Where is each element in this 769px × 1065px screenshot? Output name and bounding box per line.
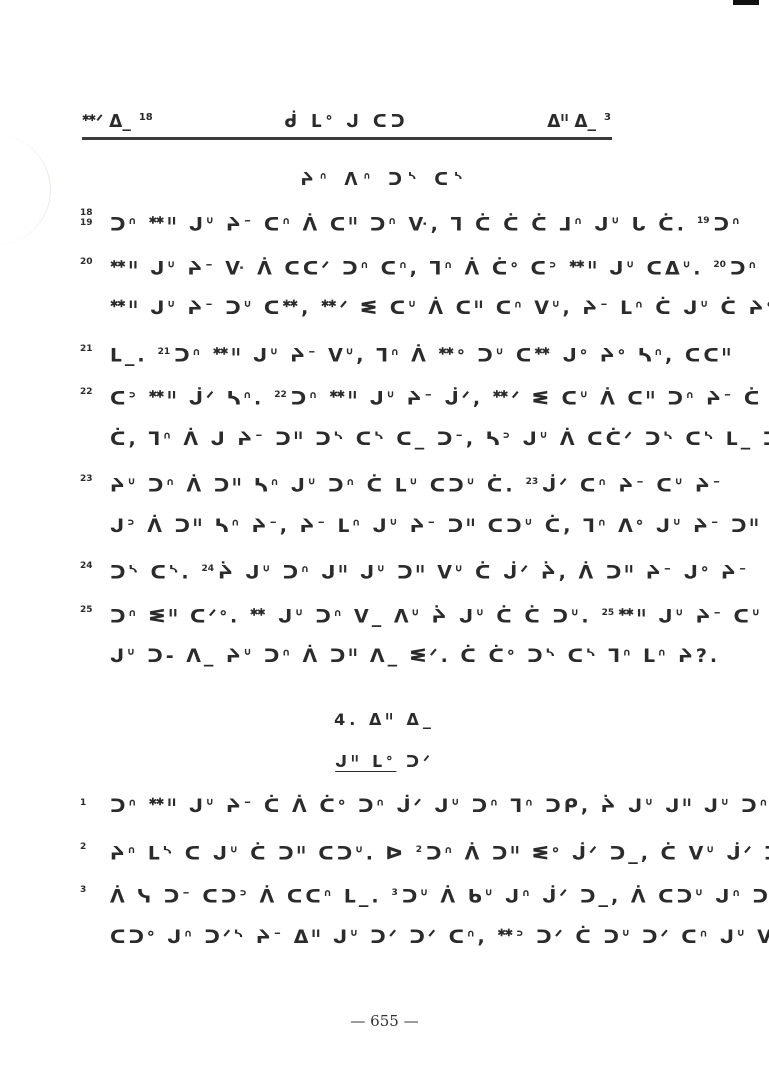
scan-corner-mark <box>733 0 759 5</box>
verse-number: 25 <box>80 606 93 615</box>
inline-verse-number: 19 <box>697 216 710 226</box>
verse-number: 1 <box>80 799 86 808</box>
line-text: ᑕᑐᐤ ᒍᐢ ᑐᐟᔅ ᔨᐨ ᐃᐦ ᒍᐡ ᑐᐟ ᑐᐟ ᑕᐢ, ᕯᐣ ᑐᐟ ᑖ ᑐᐡ… <box>110 926 769 948</box>
text-line: 3ᐲ ᓭ ᑐᐨ ᑕᑐᐣ ᐲ ᑕᑕᐢ ᒪ_.3ᑐᐡ ᐲ ᑲᐡ ᒍᐢ ᒎᐟ ᑐ_, … <box>80 872 620 916</box>
inline-verse-number: 25 <box>602 608 615 618</box>
inline-verse-number: 20 <box>713 260 726 270</box>
line-text-tail: ᒎᐟ ᑕᐢ ᔨᐨ ᑕᐡ ᔨᐨ <box>542 474 723 496</box>
subtitle-rest: ᑐᐟ <box>406 752 434 771</box>
chapter-number: 4. <box>334 710 359 729</box>
text-line: 23ᔨᐡ ᑐᐢ ᐲ ᑐᐦ ᓴᐢ ᒍᐡ ᑐᐢ ᑖ ᒪᐡ ᑕᑐᐡ ᑖ.23ᒎᐟ ᑕᐢ… <box>80 461 620 505</box>
inline-verse-number: 21 <box>158 347 171 357</box>
line-text: ᕯᐦ ᒍᐡ ᔨᐨ ᐻ ᐲ ᑕᑕᐟ ᑐᐢ ᑕᐢ, ᒣᐢ ᐲ ᑖᐤ ᑕᐣ ᕯᐦ ᒍᐡ… <box>110 257 703 279</box>
verse-number: 2 <box>80 843 86 852</box>
text-line: 25ᑐᐢ ᓬᐦ ᑕᐟᐤ. ᕯ ᒍᐡ ᑐᐢ ᐯ_ ᐱᐡ ᔩ ᒍᐡ ᑖ ᑖ ᑐᐡ.2… <box>80 592 620 636</box>
verse-number: 23 <box>80 475 93 484</box>
chapter-title: ᐃᐦ ᐃ_ <box>369 710 435 729</box>
verse-number: 21 <box>80 345 93 354</box>
line-text-tail: ᑐᐢ ᕯᐦ ᒍᐡ ᔨᐨ ᒎᐟ, ᕯᐟ ᓬ ᑕᐡ ᐲ ᑕᐦ ᑐᐢ ᔨᐨ ᑖ <box>291 387 763 409</box>
header-center-title: ᑰ ᒪᐤ ᒍ ᑕᑐ <box>284 112 408 132</box>
line-text: ᐲ ᓭ ᑐᐨ ᑕᑐᐣ ᐲ ᑕᑕᐢ ᒪ_. <box>110 885 382 907</box>
line-text: ᑐᐢ ᕯᐦ ᒍᐡ ᔨᐨ ᑕᐢ ᐲ ᑕᐦ ᑐᐢ ᐻ, ᒣ ᑖ ᑖ ᑖ ᒧᐢ ᒍᐡ … <box>110 213 687 235</box>
text-line: ᑕᑐᐤ ᒍᐢ ᑐᐟᔅ ᔨᐨ ᐃᐦ ᒍᐡ ᑐᐟ ᑐᐟ ᑕᐢ, ᕯᐣ ᑐᐟ ᑖ ᑐᐡ… <box>80 916 620 960</box>
text-line: 2ᔨᐢ ᒪᔅ ᑕ ᒍᐡ ᑖ ᑐᐦ ᑕᑐᐡ. ᐅ2ᑐᐢ ᐲ ᑐᐦ ᓬᐤ ᒎᐟ ᑐ_… <box>80 829 620 873</box>
text-line: 21ᒪ_.21ᑐᐢ ᕯᐦ ᒍᐡ ᔨᐨ ᐯᐡ, ᒣᐢ ᐲ ᕯᐤ ᑐᐡ ᑕᕯ ᒍᐤ … <box>80 331 620 375</box>
verse-number: 22 <box>80 388 93 397</box>
inline-verse-number: 22 <box>274 390 287 400</box>
text-line: 24ᑐᔅ ᑕᔅ.24ᔩ ᒍᐡ ᑐᐢ ᒍᐦ ᒍᐡ ᑐᐦ ᐯᐡ ᑖ ᒎᐟ ᔩ, ᐲ … <box>80 548 620 592</box>
line-text: ᒪ_. <box>110 344 148 366</box>
text-line: 20ᕯᐦ ᒍᐡ ᔨᐨ ᐻ ᐲ ᑕᑕᐟ ᑐᐢ ᑕᐢ, ᒣᐢ ᐲ ᑖᐤ ᑕᐣ ᕯᐦ … <box>80 244 620 288</box>
line-text-tail: ᔩ ᒍᐡ ᑐᐢ ᒍᐦ ᒍᐡ ᑐᐦ ᐯᐡ ᑖ ᒎᐟ ᔩ, ᐲ ᑐᐦ ᔨᐨ ᒍᐤ ᔨ… <box>218 561 749 583</box>
header-right: ᐃᐦ ᐃ_3 <box>547 112 611 132</box>
line-text: ᑕᐣ ᕯᐦ ᒎᐟ ᓴᐢ. <box>110 387 264 409</box>
chapter-subtitle: ᒍᐦ ᒪᐤ ᑐᐟ <box>0 752 769 771</box>
verse-number: 3 <box>80 886 86 895</box>
line-text-tail: ᑐᐢ <box>730 257 759 279</box>
line-text: ᔨᐡ ᑐᐢ ᐲ ᑐᐦ ᓴᐢ ᒍᐡ ᑐᐢ ᑖ ᒪᐡ ᑕᑐᐡ ᑖ. <box>110 474 516 496</box>
header-left: ᕯᐟ ᐃ_18 <box>82 112 153 132</box>
header-left-number: 18 <box>139 112 153 123</box>
line-text-tail: ᑐᐢ <box>714 213 743 235</box>
line-text: ᑐᐢ ᓬᐦ ᑕᐟᐤ. ᕯ ᒍᐡ ᑐᐢ ᐯ_ ᐱᐡ ᔩ ᒍᐡ ᑖ ᑖ ᑐᐡ. <box>110 605 592 627</box>
line-text: ᒍᐣ ᐲ ᑐᐦ ᓴᐢ ᔨᐨ, ᔨᐨ ᒪᐢ ᒍᐡ ᔨᐨ ᑐᐦ ᑕᑐᐡ ᑖ, ᒣᐢ … <box>110 515 761 537</box>
text-line: 1819ᑐᐢ ᕯᐦ ᒍᐡ ᔨᐨ ᑕᐢ ᐲ ᑕᐦ ᑐᐢ ᐻ, ᒣ ᑖ ᑖ ᑖ ᒧᐢ… <box>80 200 620 244</box>
inline-verse-number: 2 <box>416 845 422 855</box>
page-number: — 655 — <box>0 1012 769 1030</box>
line-text: ᑐᐢ ᕯᐦ ᒍᐡ ᔨᐨ ᑖ ᐲ ᑖᐤ ᑐᐢ ᒎᐟ ᒍᐡ ᑐᐢ ᒣᐢ ᑐᑭ, ᔩ … <box>110 795 769 817</box>
line-text: ᑖ, ᒣᐢ ᐲ ᒍ ᔨᐨ ᑐᐦ ᑐᔅ ᑕᔅ ᑕ_ ᑐᐨ, ᓴᐣ ᒍᐡ ᐲ ᑕᑖᐟ… <box>110 428 769 450</box>
line-text-tail: ᑐᐢ ᕯᐦ ᒍᐡ ᔨᐨ ᐯᐡ, ᒣᐢ ᐲ ᕯᐤ ᑐᐡ ᑕᕯ ᒍᐤ ᔨᐤ ᓴᐢ, … <box>174 344 734 366</box>
line-text: ᒍᐡ ᑐ- ᐱ_ ᔨᐡ ᑐᐢ ᐲ ᑐᐦ ᐱ_ ᓬᐟ. ᑖ ᑖᐤ ᑐᔅ ᑕᔅ ᒣᐢ… <box>110 645 720 667</box>
line-text-tail: ᑐᐢ ᐲ ᑐᐦ ᓬᐤ ᒎᐟ ᑐ_, ᑖ ᐯᐡ ᒎᐟ ᑐ_ <box>426 842 769 864</box>
inline-verse-number: 3 <box>392 888 398 898</box>
running-header: ᕯᐟ ᐃ_18 ᑰ ᒪᐤ ᒍ ᑕᑐ ᐃᐦ ᐃ_3 <box>82 102 611 132</box>
verse-number: 24 <box>80 562 93 571</box>
verse-number: 1819 <box>80 208 93 228</box>
text-block-part1: 1819ᑐᐢ ᕯᐦ ᒍᐡ ᔨᐨ ᑕᐢ ᐲ ᑕᐦ ᑐᐢ ᐻ, ᒣ ᑖ ᑖ ᑖ ᒧᐢ… <box>80 200 620 679</box>
line-text: ᑐᔅ ᑕᔅ. <box>110 561 192 583</box>
inline-verse-number: 23 <box>526 477 539 487</box>
text-block-part2: 1ᑐᐢ ᕯᐦ ᒍᐡ ᔨᐨ ᑖ ᐲ ᑖᐤ ᑐᐢ ᒎᐟ ᒍᐡ ᑐᐢ ᒣᐢ ᑐᑭ, ᔩ… <box>80 785 620 959</box>
subtitle-underlined: ᒍᐦ ᒪᐤ <box>335 752 396 771</box>
inline-verse-number: 24 <box>202 564 215 574</box>
text-line: ᒍᐣ ᐲ ᑐᐦ ᓴᐢ ᔨᐨ, ᔨᐨ ᒪᐢ ᒍᐡ ᔨᐨ ᑐᐦ ᑕᑐᐡ ᑖ, ᒣᐢ … <box>80 505 620 549</box>
text-line: ᑖ, ᒣᐢ ᐲ ᒍ ᔨᐨ ᑐᐦ ᑐᔅ ᑕᔅ ᑕ_ ᑐᐨ, ᓴᐣ ᒍᐡ ᐲ ᑕᑖᐟ… <box>80 418 620 462</box>
line-text-tail: ᕯᐦ ᒍᐡ ᔨᐨ ᑕᐡ <box>618 605 762 627</box>
text-line: ᒍᐡ ᑐ- ᐱ_ ᔨᐡ ᑐᐢ ᐲ ᑐᐦ ᐱ_ ᓬᐟ. ᑖ ᑖᐤ ᑐᔅ ᑕᔅ ᒣᐢ… <box>80 635 620 679</box>
scan-artifact-curve <box>0 135 51 245</box>
chapter-heading: 4. ᐃᐦ ᐃ_ <box>0 710 769 729</box>
line-text-tail: ᑐᐡ ᐲ ᑲᐡ ᒍᐢ ᒎᐟ ᑐ_, ᐲ ᑕᑐᐡ ᒍᐢ ᑐᐣ <box>402 885 769 907</box>
line-text: ᔨᐢ ᒪᔅ ᑕ ᒍᐡ ᑖ ᑐᐦ ᑕᑐᐡ. ᐅ <box>110 842 406 864</box>
text-line: 1ᑐᐢ ᕯᐦ ᒍᐡ ᔨᐨ ᑖ ᐲ ᑖᐤ ᑐᐢ ᒎᐟ ᒍᐡ ᑐᐢ ᒣᐢ ᑐᑭ, ᔩ… <box>80 785 620 829</box>
text-line: 22ᑕᐣ ᕯᐦ ᒎᐟ ᓴᐢ.22ᑐᐢ ᕯᐦ ᒍᐡ ᔨᐨ ᒎᐟ, ᕯᐟ ᓬ ᑕᐡ … <box>80 374 620 418</box>
text-line: ᕯᐦ ᒍᐡ ᔨᐨ ᑐᐡ ᑕᕯ, ᕯᐟ ᓬ ᑕᐡ ᐲ ᑕᐦ ᑕᐢ ᐯᐡ, ᔨᐨ ᒪ… <box>80 287 620 331</box>
line-text: ᕯᐦ ᒍᐡ ᔨᐨ ᑐᐡ ᑕᕯ, ᕯᐟ ᓬ ᑕᐡ ᐲ ᑕᐦ ᑕᐢ ᐯᐡ, ᔨᐨ ᒪ… <box>110 297 769 319</box>
verse-number: 20 <box>80 258 93 267</box>
section-title: ᔨᐢ ᐱᐢ ᑐᔅ ᑕᔅ <box>0 170 769 190</box>
header-right-number: 3 <box>604 112 611 123</box>
header-rule <box>82 137 612 140</box>
